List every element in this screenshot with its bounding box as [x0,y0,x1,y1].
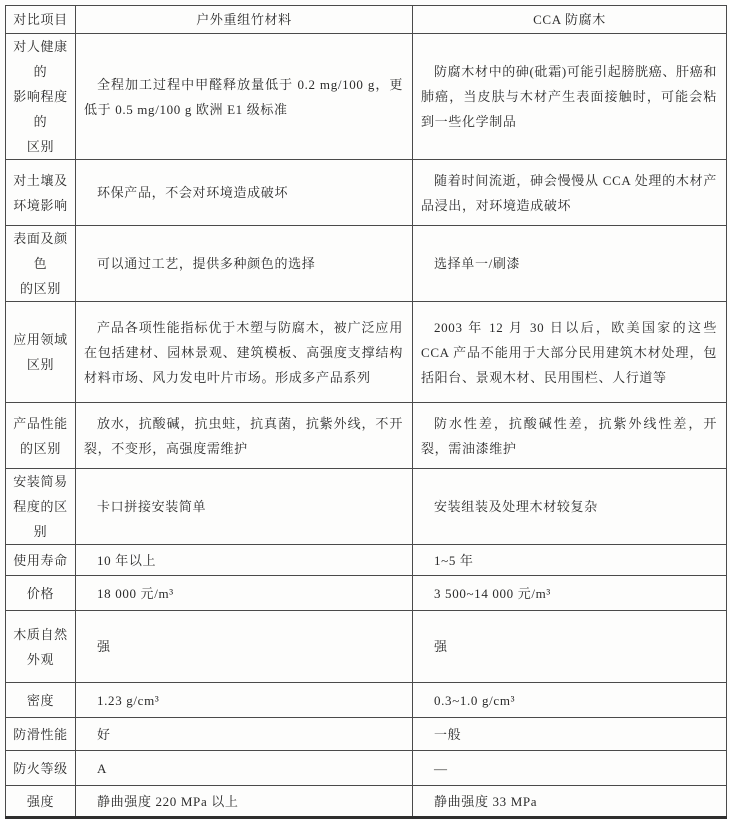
row-application: 应用领域 区别 产品各项性能指标优于木塑与防腐木，被广泛应用在包括建材、园林景观… [6,302,727,403]
header-cca: CCA 防腐木 [413,6,727,34]
cca-cell: 3 500~14 000 元/m³ [413,576,727,611]
cca-cell: 0.3~1.0 g/cm³ [413,683,727,718]
bamboo-cell: 10 年以上 [76,545,413,576]
bamboo-cell: 环保产品，不会对环境造成破坏 [76,160,413,226]
row-performance: 产品性能 的区别 放水，抗酸碱，抗虫蛀，抗真菌，抗紫外线，不开裂，不变形，高强度… [6,403,727,469]
bamboo-cell: 强 [76,611,413,683]
cca-cell: 强 [413,611,727,683]
cca-cell: 防水性差，抗酸碱性差，抗紫外线性差，开裂，需油漆维护 [413,403,727,469]
row-label: 表面及颜色 的区别 [6,226,76,302]
comparison-table: 对比项目 户外重组竹材料 CCA 防腐木 对人健康的 影响程度的 区别 全程加工… [5,5,727,819]
row-label: 强度 [6,786,76,818]
row-surface-color: 表面及颜色 的区别 可以通过工艺，提供多种颜色的选择 选择单一/刷漆 [6,226,727,302]
row-label: 木质自然 外观 [6,611,76,683]
row-strength: 强度 静曲强度 220 MPa 以上 静曲强度 33 MPa [6,786,727,818]
cca-cell: — [413,751,727,786]
bamboo-cell: 静曲强度 220 MPa 以上 [76,786,413,818]
bamboo-cell: 18 000 元/m³ [76,576,413,611]
row-label: 安装简易 程度的区别 [6,469,76,545]
row-soil-environment: 对土壤及 环境影响 环保产品，不会对环境造成破坏 随着时间流逝，砷会慢慢从 CC… [6,160,727,226]
scanned-page: 对比项目 户外重组竹材料 CCA 防腐木 对人健康的 影响程度的 区别 全程加工… [0,0,730,805]
header-bamboo: 户外重组竹材料 [76,6,413,34]
row-label: 对土壤及 环境影响 [6,160,76,226]
bamboo-cell: 产品各项性能指标优于木塑与防腐木，被广泛应用在包括建材、园林景观、建筑模板、高强… [76,302,413,403]
bamboo-cell: A [76,751,413,786]
bamboo-cell: 好 [76,718,413,751]
header-row: 对比项目 户外重组竹材料 CCA 防腐木 [6,6,727,34]
row-label: 应用领域 区别 [6,302,76,403]
row-label: 密度 [6,683,76,718]
cca-cell: 选择单一/刷漆 [413,226,727,302]
bamboo-cell: 放水，抗酸碱，抗虫蛀，抗真菌，抗紫外线，不开裂，不变形，高强度需维护 [76,403,413,469]
row-label: 防火等级 [6,751,76,786]
row-label: 价格 [6,576,76,611]
bamboo-cell: 全程加工过程中甲醛释放量低于 0.2 mg/100 g，更低于 0.5 mg/1… [76,34,413,160]
row-label: 防滑性能 [6,718,76,751]
row-installation: 安装简易 程度的区别 卡口拼接安装简单 安装组装及处理木材较复杂 [6,469,727,545]
row-natural-look: 木质自然 外观 强 强 [6,611,727,683]
bamboo-cell: 卡口拼接安装简单 [76,469,413,545]
cca-cell: 安装组装及处理木材较复杂 [413,469,727,545]
cca-cell: 1~5 年 [413,545,727,576]
row-density: 密度 1.23 g/cm³ 0.3~1.0 g/cm³ [6,683,727,718]
header-compare-item: 对比项目 [6,6,76,34]
cca-cell: 防腐木材中的砷(砒霜)可能引起膀胱癌、肝癌和肺癌，当皮肤与木材产生表面接触时，可… [413,34,727,160]
bamboo-cell: 1.23 g/cm³ [76,683,413,718]
row-label: 产品性能 的区别 [6,403,76,469]
row-label: 使用寿命 [6,545,76,576]
cca-cell: 随着时间流逝，砷会慢慢从 CCA 处理的木材产品浸出，对环境造成破坏 [413,160,727,226]
row-lifespan: 使用寿命 10 年以上 1~5 年 [6,545,727,576]
row-label: 对人健康的 影响程度的 区别 [6,34,76,160]
row-health: 对人健康的 影响程度的 区别 全程加工过程中甲醛释放量低于 0.2 mg/100… [6,34,727,160]
cca-cell: 一般 [413,718,727,751]
bamboo-cell: 可以通过工艺，提供多种颜色的选择 [76,226,413,302]
cca-cell: 2003 年 12 月 30 日以后，欧美国家的这些 CCA 产品不能用于大部分… [413,302,727,403]
row-antislip: 防滑性能 好 一般 [6,718,727,751]
row-fire-rating: 防火等级 A — [6,751,727,786]
row-price: 价格 18 000 元/m³ 3 500~14 000 元/m³ [6,576,727,611]
cca-cell: 静曲强度 33 MPa [413,786,727,818]
